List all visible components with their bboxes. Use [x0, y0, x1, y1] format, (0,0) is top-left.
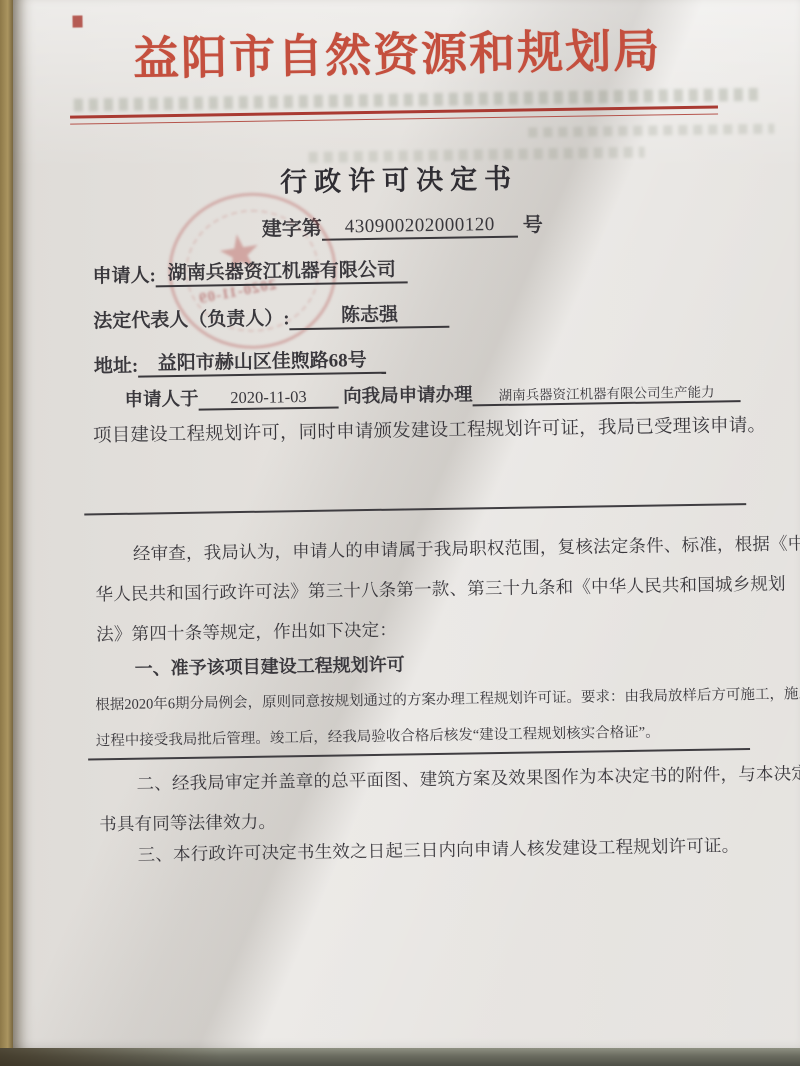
review-paragraph-line3: 法》第四十条等规定，作出如下决定： — [96, 617, 397, 647]
legal-representative-label: 法定代表人（负责人）: — [93, 308, 290, 332]
address-row: 地址:益阳市赫山区佳煦路68号 — [94, 345, 387, 379]
bleedthrough-text-row — [528, 124, 774, 138]
applicant-row: 申请人:湖南兵器资江机器有限公司 — [92, 254, 408, 288]
agency-header: 益阳市自然资源和规划局 — [67, 13, 728, 89]
doc-number-value: 430900202000120 — [322, 214, 518, 241]
applicant-label: 申请人: — [92, 265, 156, 287]
legal-representative-row: 法定代表人（负责人）:陈志强 — [93, 299, 450, 334]
doc-number-suffix: 号 — [523, 214, 543, 236]
section-divider — [88, 748, 750, 760]
document-title: 行政许可决定书 — [69, 153, 730, 202]
document-content: 益阳市自然资源和规划局 行政许可决定书 建字第430900202000120 号… — [13, 0, 800, 1054]
decision-3-line: 三、本行政许可决定书生效之日起三日内向申请人核发建设工程规划许可证。 — [137, 832, 739, 866]
applied-on-date: 2020-11-03 — [198, 386, 338, 410]
book-binding-edge — [0, 0, 14, 1066]
section-divider — [84, 503, 746, 515]
applied-on-label: 申请人于 — [124, 390, 198, 411]
applicant-value: 湖南兵器资江机器有限公司 — [156, 254, 408, 287]
decision-2-line1: 二、经我局审定并盖章的总平面图、建筑方案及效果图作为本决定书的附件，与本决定 — [136, 760, 800, 796]
photographed-document-scene: 益阳市自然资源和规划局 行政许可决定书 建字第430900202000120 号… — [0, 0, 800, 1066]
decision-2-line2: 书具有同等法律效力。 — [99, 809, 276, 837]
applied-action-label: 向我局申请办理 — [343, 385, 473, 407]
application-date-row: 申请人于2020-11-03 向我局申请办理湖南兵器资江机器有限公司生产能力 — [124, 376, 740, 412]
address-label: 地址: — [94, 356, 139, 378]
project-name: 湖南兵器资江机器有限公司生产能力 — [472, 380, 740, 406]
document-page: 益阳市自然资源和规划局 行政许可决定书 建字第430900202000120 号… — [13, 0, 800, 1054]
table-edge-band — [0, 1048, 800, 1066]
legal-representative-value: 陈志强 — [289, 299, 449, 331]
application-continuation-line: 项目建设工程规划许可，同时申请颁发建设工程规划许可证，我局已受理该申请。 — [93, 411, 767, 448]
review-paragraph-line2: 华人民共和国行政许可法》第三十八条第一款、第三十九条和《中华人民共和国城乡规划 — [95, 570, 786, 606]
review-paragraph-line1: 经审查，我局认为，申请人的申请属于我局职权范围，复核法定条件、标准，根据《中 — [133, 530, 800, 566]
address-value: 益阳市赫山区佳煦路68号 — [138, 345, 386, 378]
decision-1-title: 一、准予该项目建设工程规划许可 — [134, 650, 404, 680]
decision-1-detail-line1: 根据2020年6期分局例会，原则同意按规划通过的方案办理工程规划许可证。要求：由… — [95, 682, 800, 714]
decision-1-detail-line2: 过程中接受我局批后管理。竣工后，经我局验收合格后核发“建设工程规划核实合格证”。 — [96, 720, 660, 750]
